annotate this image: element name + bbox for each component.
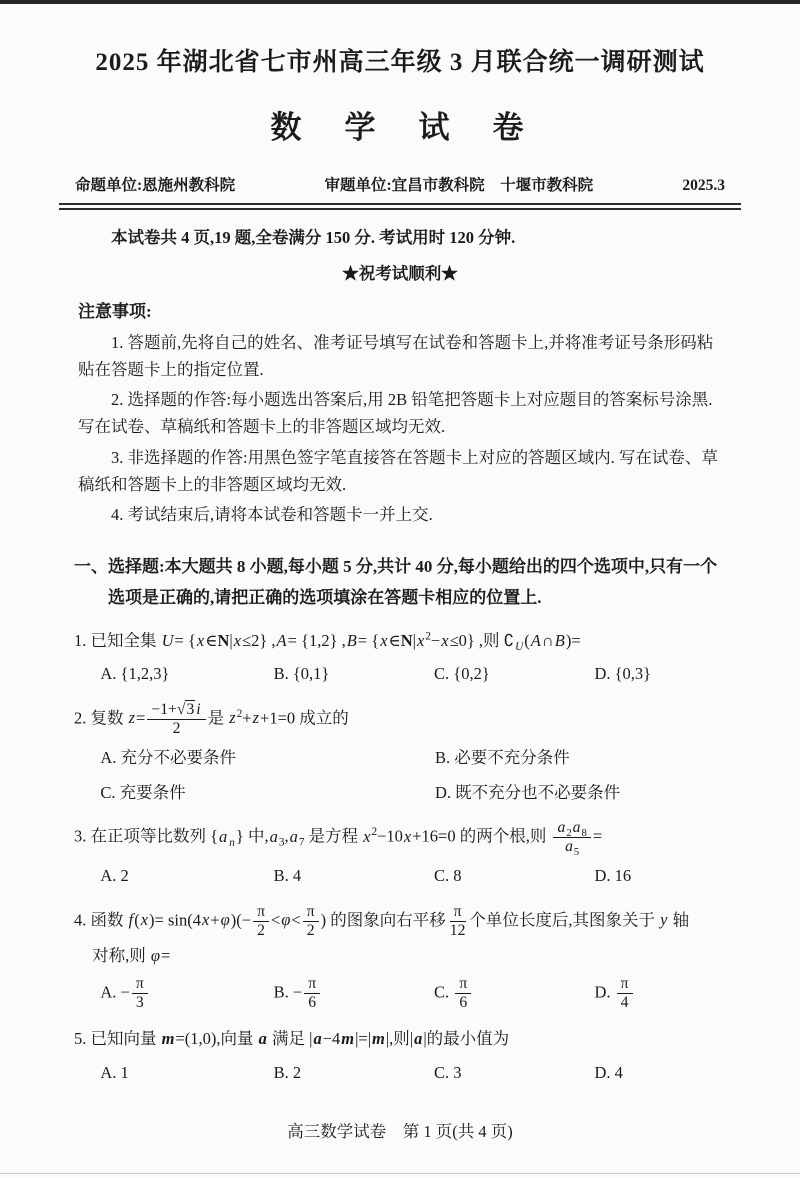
option: B. 2 bbox=[274, 1059, 434, 1086]
option: D. 既不充分也不必要条件 bbox=[435, 779, 726, 806]
option: C. {0,2} bbox=[434, 660, 594, 687]
option: D. π4 bbox=[594, 975, 726, 1012]
option: D. {0,3} bbox=[594, 660, 726, 687]
question: 3. 在正项等比数列 {an} 中,a3,a7 是方程 x2−10x+16=0 … bbox=[74, 819, 726, 889]
option: C. 充要条件 bbox=[100, 779, 435, 806]
option-row: A. 充分不必要条件B. 必要不充分条件C. 充要条件D. 既不充分也不必要条件 bbox=[74, 744, 726, 807]
question-stem: 5. 已知向量 m=(1,0),向量 a 满足 |a−4m|=|m|,则|a|的… bbox=[74, 1025, 726, 1052]
option: B. {0,1} bbox=[274, 660, 434, 687]
option: D. 4 bbox=[594, 1059, 726, 1086]
double-rule bbox=[59, 203, 741, 210]
question-stem: 1. 已知全集 U= {x∈N|x≤2} ,A= {1,2} ,B= {x∈N|… bbox=[74, 627, 726, 654]
notice-item: 2. 选择题的作答:每小题选出答案后,用 2B 铅笔把答题卡上对应题目的答案标号… bbox=[78, 387, 722, 440]
question: 4. 函数 f(x)= sin(4x+φ)(−π2<φ<π2) 的图象向右平移π… bbox=[74, 903, 726, 1012]
section-1-title: 一、选择题:本大题共 8 小题,每小题 5 分,共计 40 分,每小题给出的四个… bbox=[74, 551, 726, 614]
setter-unit: 命题单位:恩施州教科院 bbox=[75, 173, 235, 195]
question: 5. 已知向量 m=(1,0),向量 a 满足 |a−4m|=|m|,则|a|的… bbox=[74, 1025, 726, 1086]
preamble: 本试卷共 4 页,19 题,全卷满分 150 分. 考试用时 120 分钟. ★… bbox=[78, 225, 722, 529]
option: C. 8 bbox=[434, 862, 594, 889]
exam-title: 2025 年湖北省七市州高三年级 3 月联合统一调研测试 bbox=[0, 42, 800, 78]
option: A. 2 bbox=[100, 862, 273, 889]
option-row: A. 2B. 4C. 8D. 16 bbox=[74, 862, 726, 889]
option: A. {1,2,3} bbox=[100, 660, 273, 687]
option: B. 必要不充分条件 bbox=[435, 744, 726, 771]
option: A. 1 bbox=[100, 1059, 273, 1086]
option-row: A. {1,2,3}B. {0,1}C. {0,2}D. {0,3} bbox=[74, 660, 726, 687]
question: 2. 复数 z=−1+√3i2是 z2+z+1=0 成立的A. 充分不必要条件B… bbox=[74, 701, 726, 807]
option-row: A. −π3B. −π6C. π6D. π4 bbox=[74, 975, 726, 1012]
option: A. 充分不必要条件 bbox=[100, 744, 435, 771]
notices-title: 注意事项: bbox=[78, 298, 722, 326]
option: D. 16 bbox=[594, 862, 726, 889]
question-stem: 3. 在正项等比数列 {an} 中,a3,a7 是方程 x2−10x+16=0 … bbox=[74, 819, 726, 856]
exam-wish: ★祝考试顺利★ bbox=[78, 261, 722, 288]
question-stem: 2. 复数 z=−1+√3i2是 z2+z+1=0 成立的 bbox=[74, 701, 726, 738]
notice-item: 3. 非选择题的作答:用黑色签字笔直接答在答题卡上对应的答题区域内. 写在试卷、… bbox=[78, 445, 722, 498]
question-stem: 4. 函数 f(x)= sin(4x+φ)(−π2<φ<π2) 的图象向右平移π… bbox=[74, 903, 726, 940]
reviewer-unit: 审题单位:宜昌市教科院 十堰市教科院 bbox=[324, 173, 593, 195]
exam-page: 2025 年湖北省七市州高三年级 3 月联合统一调研测试 数 学 试 卷 命题单… bbox=[0, 0, 800, 1178]
exam-info-row: 命题单位:恩施州教科院 审题单位:宜昌市教科院 十堰市教科院 2025.3 bbox=[69, 173, 731, 195]
question-section: 一、选择题:本大题共 8 小题,每小题 5 分,共计 40 分,每小题给出的四个… bbox=[74, 551, 726, 1086]
option: B. −π6 bbox=[274, 975, 434, 1012]
notice-item: 4. 考试结束后,请将本试卷和答题卡一并上交. bbox=[78, 502, 722, 529]
option: B. 4 bbox=[274, 862, 434, 889]
notice-list: 1. 答题前,先将自己的姓名、准考证号填写在试卷和答题卡上,并将准考证号条形码粘… bbox=[78, 330, 722, 529]
notice-item: 1. 答题前,先将自己的姓名、准考证号填写在试卷和答题卡上,并将准考证号条形码粘… bbox=[78, 330, 722, 383]
exam-header: 2025 年湖北省七市州高三年级 3 月联合统一调研测试 数 学 试 卷 命题单… bbox=[0, 0, 800, 210]
exam-date: 2025.3 bbox=[682, 177, 725, 195]
page-footer-text: 高三数学试卷 第 1 页(共 4 页) bbox=[287, 1122, 513, 1141]
option-row: A. 1B. 2C. 3D. 4 bbox=[74, 1059, 726, 1086]
exam-subtitle: 数 学 试 卷 bbox=[0, 102, 800, 147]
question-list: 1. 已知全集 U= {x∈N|x≤2} ,A= {1,2} ,B= {x∈N|… bbox=[74, 627, 726, 1086]
question: 1. 已知全集 U= {x∈N|x≤2} ,A= {1,2} ,B= {x∈N|… bbox=[74, 627, 726, 688]
scan-artifact-top bbox=[0, 0, 800, 4]
paper-meta: 本试卷共 4 页,19 题,全卷满分 150 分. 考试用时 120 分钟. bbox=[78, 225, 722, 252]
scan-artifact-bottom bbox=[0, 1173, 800, 1174]
option: C. π6 bbox=[434, 975, 594, 1012]
option: A. −π3 bbox=[100, 975, 273, 1012]
question-stem-continued: 对称,则 φ= bbox=[74, 942, 726, 969]
page-footer-bar: 高三数学试卷 第 1 页(共 4 页) bbox=[0, 1118, 800, 1142]
option: C. 3 bbox=[434, 1059, 594, 1086]
